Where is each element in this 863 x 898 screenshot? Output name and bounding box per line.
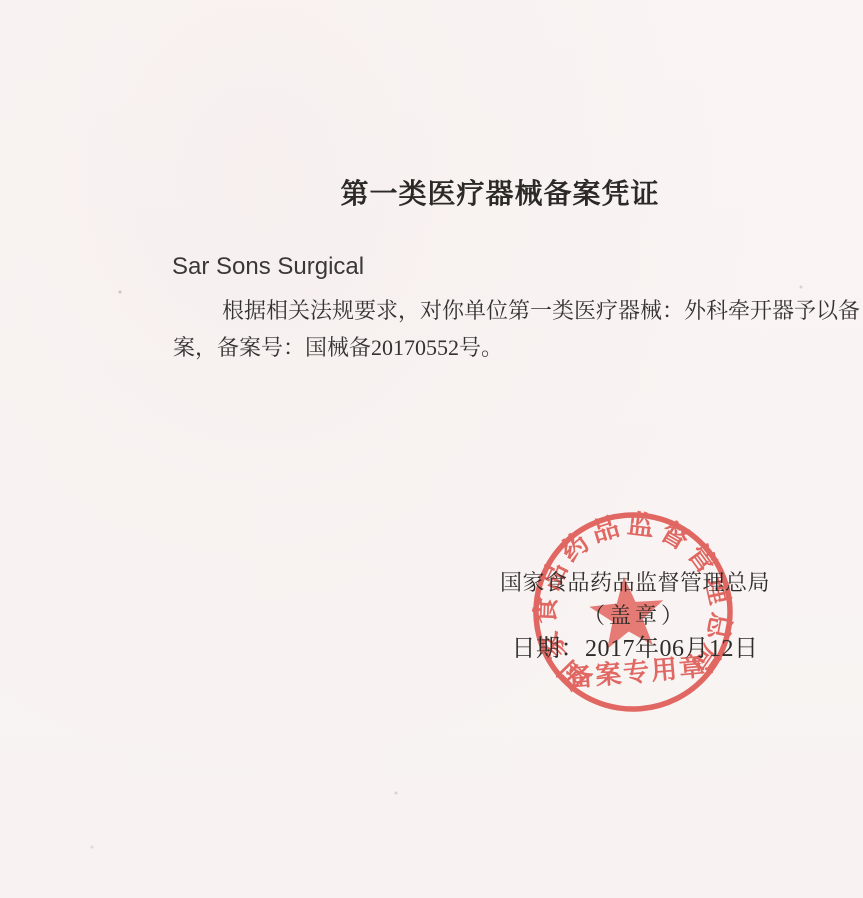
company-name: Sar Sons Surgical [172, 253, 364, 281]
seal-note: （盖章） [470, 599, 800, 632]
signature-block: 国家食品药品监督管理总局 （盖章） 日期：2017年06月12日 [470, 566, 800, 666]
date-line: 日期：2017年06月12日 [470, 632, 800, 666]
body-line-2: 案，备案号：国械备20170552号。 [173, 329, 863, 366]
authority-name: 国家食品药品监督管理总局 [470, 566, 800, 599]
certificate-title: 第一类医疗器械备案凭证 [0, 172, 863, 212]
certificate-page: 第一类医疗器械备案凭证 Sar Sons Surgical 根据相关法规要求，对… [0, 0, 863, 898]
body-line-1: 根据相关法规要求，对你单位第一类医疗器械：外科牵开器予以备 [173, 292, 863, 329]
certificate-body: 根据相关法规要求，对你单位第一类医疗器械：外科牵开器予以备 案，备案号：国械备2… [173, 292, 863, 366]
